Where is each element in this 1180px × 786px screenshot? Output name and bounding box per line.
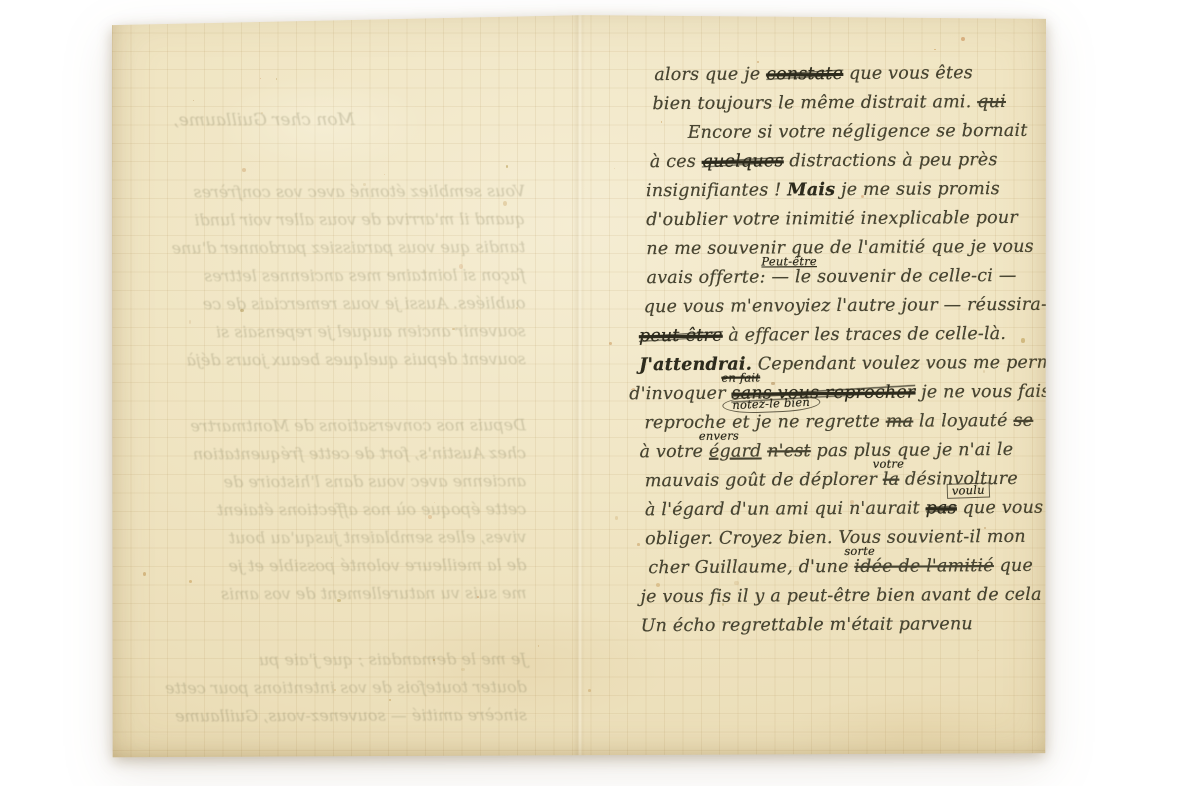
edge-shading	[112, 14, 1046, 758]
photo-canvas: Mon cher Guillaume,Vous sembliez étonné …	[0, 0, 1180, 786]
paper-surface: Mon cher Guillaume,Vous sembliez étonné …	[112, 14, 1046, 758]
manuscript-sheet: Mon cher Guillaume,Vous sembliez étonné …	[112, 14, 1046, 758]
